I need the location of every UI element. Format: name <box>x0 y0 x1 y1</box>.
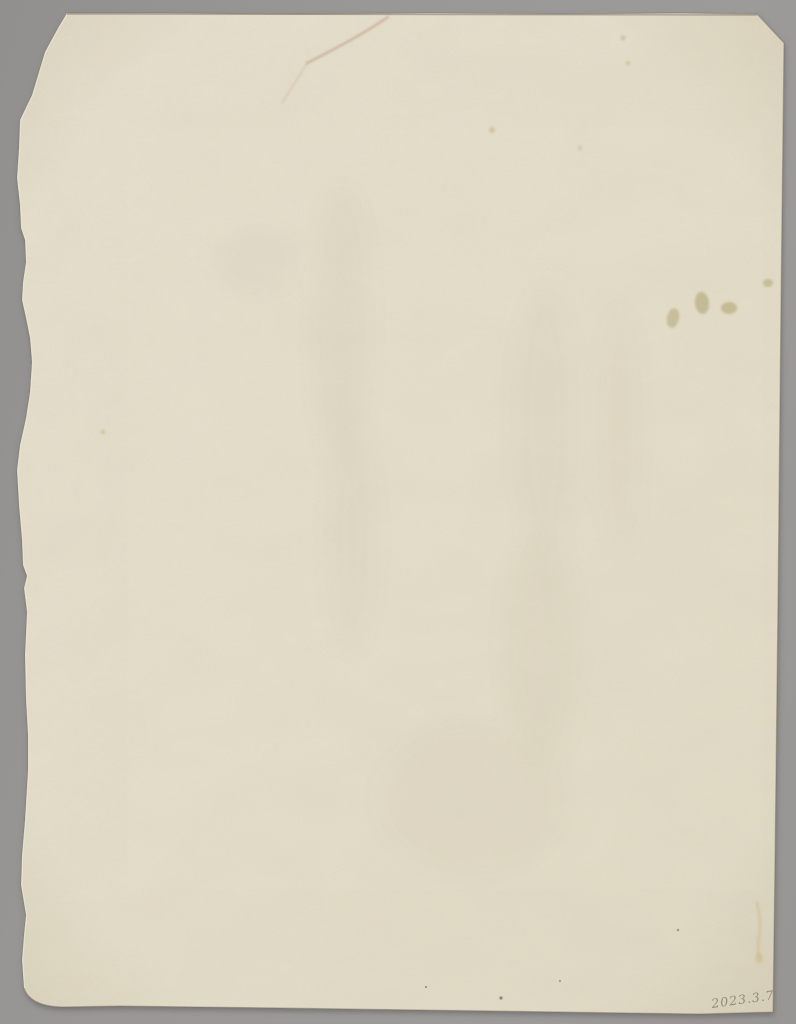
smudge-band <box>506 530 574 770</box>
tan-fleck <box>101 430 106 435</box>
smudge-band <box>316 190 368 470</box>
drip-blob <box>755 952 763 964</box>
photo-backdrop: 2023.3.79 <box>0 0 796 1024</box>
paper-edge-vignette <box>0 0 796 1024</box>
dark-speck <box>677 929 680 932</box>
olive-spot <box>721 302 737 314</box>
smudge-patch <box>380 730 560 870</box>
tan-fleck <box>626 61 630 65</box>
smudge-band <box>602 310 638 550</box>
dark-speck <box>559 980 561 982</box>
dark-speck <box>499 996 502 999</box>
paper-sheet: 2023.3.79 <box>0 0 796 1024</box>
tan-fleck <box>578 146 582 150</box>
smudge-band <box>330 430 374 650</box>
dark-speck <box>425 986 427 988</box>
paper-photo: 2023.3.79 <box>0 0 796 1024</box>
top-edge-line <box>67 14 757 15</box>
tan-fleck <box>489 127 495 133</box>
olive-spot <box>763 279 773 287</box>
tan-fleck <box>620 35 625 40</box>
smudge-patch <box>215 228 295 288</box>
smudge-band <box>517 290 573 550</box>
